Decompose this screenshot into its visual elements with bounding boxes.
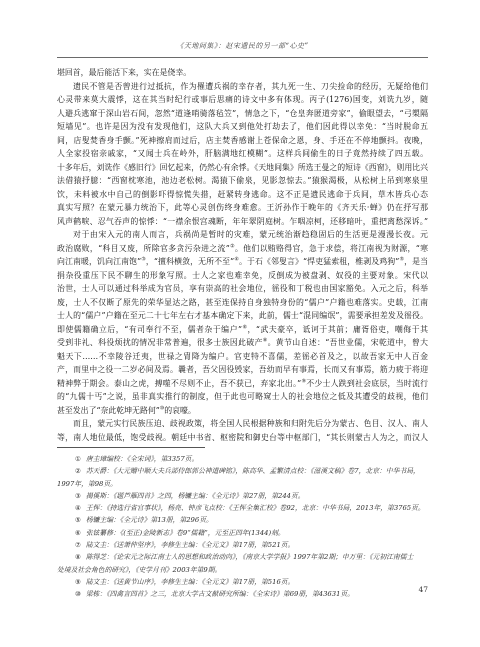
- page-number: 47: [418, 585, 428, 594]
- running-head-title: 《天地间集》：赵宋遗民的另一部“心史”: [57, 42, 428, 51]
- footnote-text: 处境及社会角色的研究》，《史学月刊》2003年第9期。: [57, 566, 221, 574]
- footnote-line: ③揭傒斯：《题芦雁四首》之四，杨镰主编：《全元诗》第27册，第244页。: [57, 490, 428, 502]
- footnote-continuation-line: 1997年，第98页。: [57, 478, 428, 490]
- body-line: 的“九儒十丐”之说，虽非真实推行的制度，但于此也可略窥士人的社会地位之低及其遭受…: [57, 390, 428, 404]
- footnote-line: ⑤杨镰主编：《全元诗》第13册，第296页。: [57, 514, 428, 526]
- body-line: 十多年后，刘诜作《感旧行》回忆起来，仍然心有余悸。《天地间集》所选王曼之的短诗《…: [57, 161, 428, 175]
- body-line: 废，士人不仅断了原先的荣华显达之路，甚至连保持自身独特身份的“儒户”户籍也难落实…: [57, 296, 428, 310]
- footnote-text: 梁栋：《四禽言四首》之三，北京大学古文献研究所编：《全宋诗》第69册，第4363…: [86, 590, 354, 598]
- footnote-line: ⑦陆文圭：《送萧仲坚序》，李修生主编：《全元文》第17册，第521页。: [57, 539, 428, 551]
- body-line: 堪回首，最后能活下来，实在是侥幸。: [57, 66, 428, 80]
- body-line: 受到非礼、科役烦扰的情况非常普遍，很多士族因此破产⑧。黄节山自述：“吾世业儒，宋…: [57, 336, 428, 350]
- footnote-marker: ⑦: [75, 539, 81, 551]
- body-line: 人全家投宿亲戚家，“又闻士兵在岭外，肝脑满地红模糊”。这样兵间偷生的日子竟然持续…: [57, 147, 428, 161]
- footnote-marker: ⑩: [75, 588, 81, 600]
- body-line: 向江南暖，饥向江南饱”③，“擅科横敛，无所不至”④。于石《邻叟言》“悍吏猛索租，…: [57, 255, 428, 269]
- header-rule: [57, 57, 428, 58]
- body-line: 风声鹤唳、忍气吞声的惊悸：“一襟余恨宫魂断，年年翠阴庭树。乍咽凉柯，还移暗叶，重…: [57, 215, 428, 229]
- footnote-text: 王恽：《持选行省官事状》，杨亮、钟彦飞点校：《王恽全集汇校》卷92，北京：中华书…: [86, 504, 425, 512]
- body-line: 人避兵逃窜于深山岩石间，忽然“道逢哨骑落毡笠”，情急之下，“仓皇奔匿道旁家”，偷…: [57, 107, 428, 121]
- document-page: 《天地间集》：赵宋遗民的另一部“心史” 堪回首，最后能活下来，实在是侥幸。遗民不…: [0, 0, 480, 647]
- body-line: 饮，未料被水中自己的倒影吓得惊慌失措，赶紧转身逃命。这不正是遗民逃命于兵间，草木…: [57, 188, 428, 202]
- body-line: 法借猿抒臆：“西窗枕寒池，池边老松树。渴猿下偷泉，见影忽惊去。”猿猴渴极，从松树…: [57, 174, 428, 188]
- footnote-text: 唐圭璋编校：《全宋词》，第3357页。: [86, 455, 198, 463]
- footnote-continuation-line: 处境及社会角色的研究》，《史学月刊》2003年第9期。: [57, 564, 428, 576]
- body-line: 甚至发出了“奈此乾坤无路何”⑩的哀嚎。: [57, 404, 428, 418]
- body-line: 间，店叟焚香身手颤。”死神擦肩而过后，店主焚香感谢上苍保命之恩，身、手还在不停地…: [57, 134, 428, 148]
- footnote-line: ⑥张铉纂修：《(至正)金陵新志》卷9“儒籍”，元至正四年(1344)刻。: [57, 527, 428, 539]
- footnote-line: ②苏天爵：《大元赠中顺大夫兵部侍郎郭公神道碑铭》，陈高华、孟繁清点校：《滋溪文稿…: [57, 465, 428, 477]
- footnote-marker: ⑤: [75, 514, 81, 526]
- body-line: 精神弊于期会。泰山之虎，搏噬不尽则不止，吾不获已，弃家北出。”⑨不少士人跌到社会…: [57, 377, 428, 391]
- footnote-text: 苏天爵：《大元赠中顺大夫兵部侍郎郭公神道碑铭》，陈高华、孟繁清点校：《滋溪文稿》…: [86, 467, 420, 475]
- body-line: 捐杂役重压下民不聊生的形象写照。士人之家也难幸免，反倒成为被盘剥、奴役的主要对象…: [57, 269, 428, 283]
- footnote-marker: ③: [75, 490, 81, 502]
- footnote-text: 杨镰主编：《全元诗》第13册，第296页。: [86, 516, 213, 524]
- footnote-line: ①唐圭璋编校：《全宋词》，第3357页。: [57, 453, 428, 465]
- footnote-text: 张铉纂修：《(至正)金陵新志》卷9“儒籍”，元至正四年(1344)刻。: [86, 529, 285, 537]
- body-line: 魁天下……不幸陵谷迁夷，世禄之胄降为编户。官吏特不喜儒，差徭必首及之，以故吾家无…: [57, 350, 428, 364]
- footnote-marker: ⑧: [75, 551, 81, 563]
- body-line: 等，南人地位最低，饱受歧视。朝廷中书省、枢密院和御史台等中枢部门，“其长则蒙古人…: [57, 431, 428, 445]
- footnote-line: ⑨陆文圭：《送黄节山序》，李修生主编：《全元文》第17册，第516页。: [57, 576, 428, 588]
- body-line: 短墙见”。也许是因为没有发现他们，这队大兵又到他处打劫去了，他们因此得以幸免：“…: [57, 120, 428, 134]
- footnote-marker: ⑨: [75, 576, 81, 588]
- body-line: 治世，士人可以通过科举成为官员，享有崇高的社会地位，徭役和丁税也由国家豁免。入元…: [57, 282, 428, 296]
- footnote-text: 1997年，第98页。: [57, 480, 117, 488]
- footnote-list: ①唐圭璋编校：《全宋词》，第3357页。②苏天爵：《大元赠中顺大夫兵部侍郎郭公神…: [57, 453, 428, 601]
- footnote-marker: ④: [75, 502, 81, 514]
- footnote-text: 陈得芝：《论宋元之际江南士人的思想和政治动向》，《南京大学学报》1997年第2期…: [86, 553, 413, 561]
- body-line: 而且，蒙元实行民族压迫、歧视政策，将全国人民根据种族和归附先后分为蒙古、色目、汉…: [57, 417, 428, 431]
- body-line: 政治腐败，“科目又废，所除官多贪污杂进之流”②。他们以贿赂得官，急于求偿，将江南…: [57, 242, 428, 256]
- body-line: 产，而里中之役一二岁必间及焉。曩者，吾父因役毁家，吾幼而早有事焉，长而又有事焉，…: [57, 363, 428, 377]
- footnote-line: ⑩梁栋：《四禽言四首》之三，北京大学古文献研究所编：《全宋诗》第69册，第436…: [57, 588, 428, 600]
- footnote-text: 陆文圭：《送萧仲坚序》，李修生主编：《全元文》第17册，第521页。: [86, 541, 295, 549]
- footnote-marker: ⑥: [75, 527, 81, 539]
- footnote-line: ⑧陈得芝：《论宋元之际江南士人的思想和政治动向》，《南京大学学报》1997年第2…: [57, 551, 428, 563]
- footnote-text: 陆文圭：《送黄节山序》，李修生主编：《全元文》第17册，第516页。: [86, 578, 295, 586]
- footnote-text: 揭傒斯：《题芦雁四首》之四，杨镰主编：《全元诗》第27册，第244页。: [86, 492, 305, 500]
- body-line: 心灵带来莫大震悸，这在其当时纪行或事后思痛的诗文中多有体现。丙子(1276)国变…: [57, 93, 428, 107]
- footnote-line: ④王恽：《持选行省官事状》，杨亮、钟彦飞点校：《王恽全集汇校》卷92，北京：中华…: [57, 502, 428, 514]
- body-line: 士人的“儒户”户籍在至元二十七年左右才基本确定下来，此前，儒士“混同编氓”，需要…: [57, 309, 428, 323]
- footnote-separator: [57, 447, 205, 448]
- footnote-marker: ①: [75, 453, 81, 465]
- body-line: 即使儒籍确立后，“有司奉行不至，儒者杂于编户”⑥，“武夫豪卒，诋诃于其前；庸胥俗…: [57, 323, 428, 337]
- body-text: 堪回首，最后能活下来，实在是侥幸。遗民不管是否曾进行过抵抗，作为罹遭兵祸的幸存者…: [57, 66, 428, 444]
- body-line: 对于由宋入元的南人而言，兵祸尚是暂时的灾难，蒙元统治渐趋稳固后的生活更是漫漫长夜…: [57, 228, 428, 242]
- body-line: 真实写照？在蒙元暴力统治下，此等心灵创伤终身难愈。王沂孙作于晚年的《齐天乐·蝉》…: [57, 201, 428, 215]
- footnotes-section: ①唐圭璋编校：《全宋词》，第3357页。②苏天爵：《大元赠中顺大夫兵部侍郎郭公神…: [57, 447, 428, 601]
- footnote-marker: ②: [75, 465, 81, 477]
- body-line: 遗民不管是否曾进行过抵抗，作为罹遭兵祸的幸存者，其九死一生、刀尖捡命的经历，无疑…: [57, 80, 428, 94]
